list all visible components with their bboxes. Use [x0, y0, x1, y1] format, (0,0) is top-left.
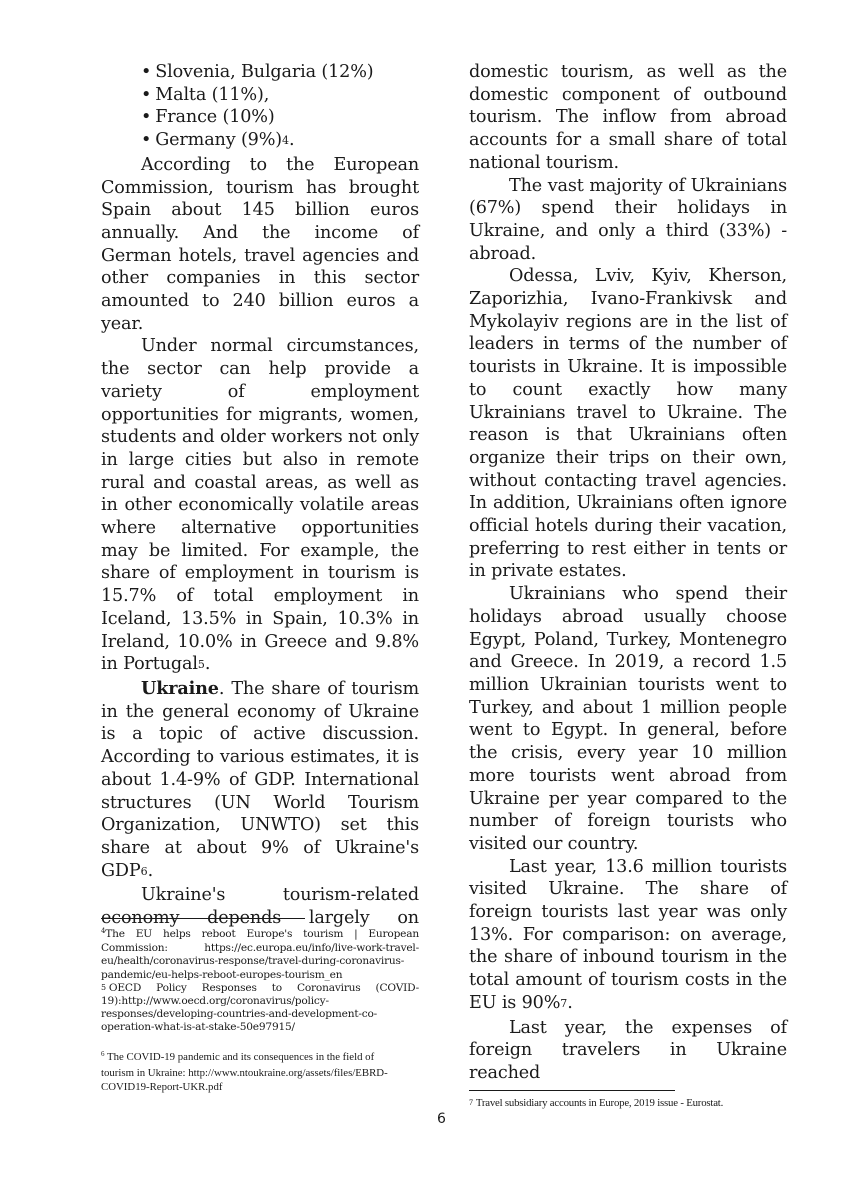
bullet-icon: •: [141, 85, 151, 105]
footnotes-left: 4The EU helps reboot Europe's tourism | …: [101, 928, 419, 1035]
footnote-divider-left: [101, 918, 305, 919]
right-column: domestic tourism, as well as the domesti…: [469, 61, 787, 1085]
footnote-7-text: Travel subsidiary accounts in Europe, 20…: [476, 1097, 723, 1109]
paragraph-abroad: Ukrainians who spend their holidays abro…: [469, 583, 787, 855]
footnote-6: 6 The COVID-19 pandemic and its conseque…: [101, 1050, 419, 1094]
bullet-icon: •: [141, 107, 151, 127]
paragraph-regions: Odessa, Lviv, Kyiv, Kherson, Zaporizhia,…: [469, 265, 787, 583]
bullet-item: •France (10%): [101, 106, 419, 129]
footnote-ref-5[interactable]: 5: [198, 658, 205, 671]
paragraph-last-year-tourists: Last year, 13.6 million tourists visited…: [469, 856, 787, 1017]
footnote-6-text[interactable]: tourism in Ukraine: http://www.ntoukrain…: [101, 1066, 419, 1094]
left-column: •Slovenia, Bulgaria (12%) •Malta (11%), …: [101, 61, 419, 930]
bullet-text: Slovenia, Bulgaria (12%): [155, 62, 373, 82]
bullet-icon: •: [141, 62, 151, 82]
footnote-7: 7Travel subsidiary accounts in Europe, 2…: [469, 1097, 799, 1110]
ukraine-heading: Ukraine: [141, 678, 219, 699]
paragraph-employment: Under normal circumstances, the sector c…: [101, 335, 419, 678]
page-number: 6: [437, 1111, 446, 1127]
paragraph-spain-income: According to the European Commission, to…: [101, 154, 419, 336]
paragraph-ukraine-economy: Ukraine's tourism-related economy depend…: [101, 884, 419, 929]
bullet-text: France (10%): [155, 107, 274, 127]
bullet-item: •Slovenia, Bulgaria (12%): [101, 61, 419, 84]
bullet-item: •Germany (9%)4.: [101, 129, 419, 154]
footnote-5-text[interactable]: OECD Policy Responses to Coronavirus (CO…: [101, 982, 419, 1034]
footnote-5: 5OECD Policy Responses to Coronavirus (C…: [101, 982, 419, 1035]
paragraph-expenses: Last year, the expenses of foreign trave…: [469, 1017, 787, 1085]
bullet-item: •Malta (11%),: [101, 84, 419, 107]
paragraph-domestic-tourism: domestic tourism, as well as the domesti…: [469, 61, 787, 175]
footnote-ref-6[interactable]: 6: [141, 865, 148, 878]
bullet-text: Malta (11%),: [155, 85, 269, 105]
bullet-icon: •: [141, 130, 151, 150]
paragraph-vast-majority: The vast majority of Ukrainians (67%) sp…: [469, 175, 787, 266]
footnote-ref-4[interactable]: 4: [282, 134, 289, 147]
footnote-ref-7[interactable]: 7: [560, 997, 567, 1010]
bullet-text: Germany (9%): [155, 130, 282, 150]
footnote-4-text[interactable]: The EU helps reboot Europe's tourism | E…: [101, 928, 419, 981]
paragraph-ukraine: Ukraine. The share of tourism in the gen…: [101, 678, 419, 884]
footnote-4: 4The EU helps reboot Europe's tourism | …: [101, 928, 419, 982]
footnote-divider-right: [469, 1090, 675, 1091]
